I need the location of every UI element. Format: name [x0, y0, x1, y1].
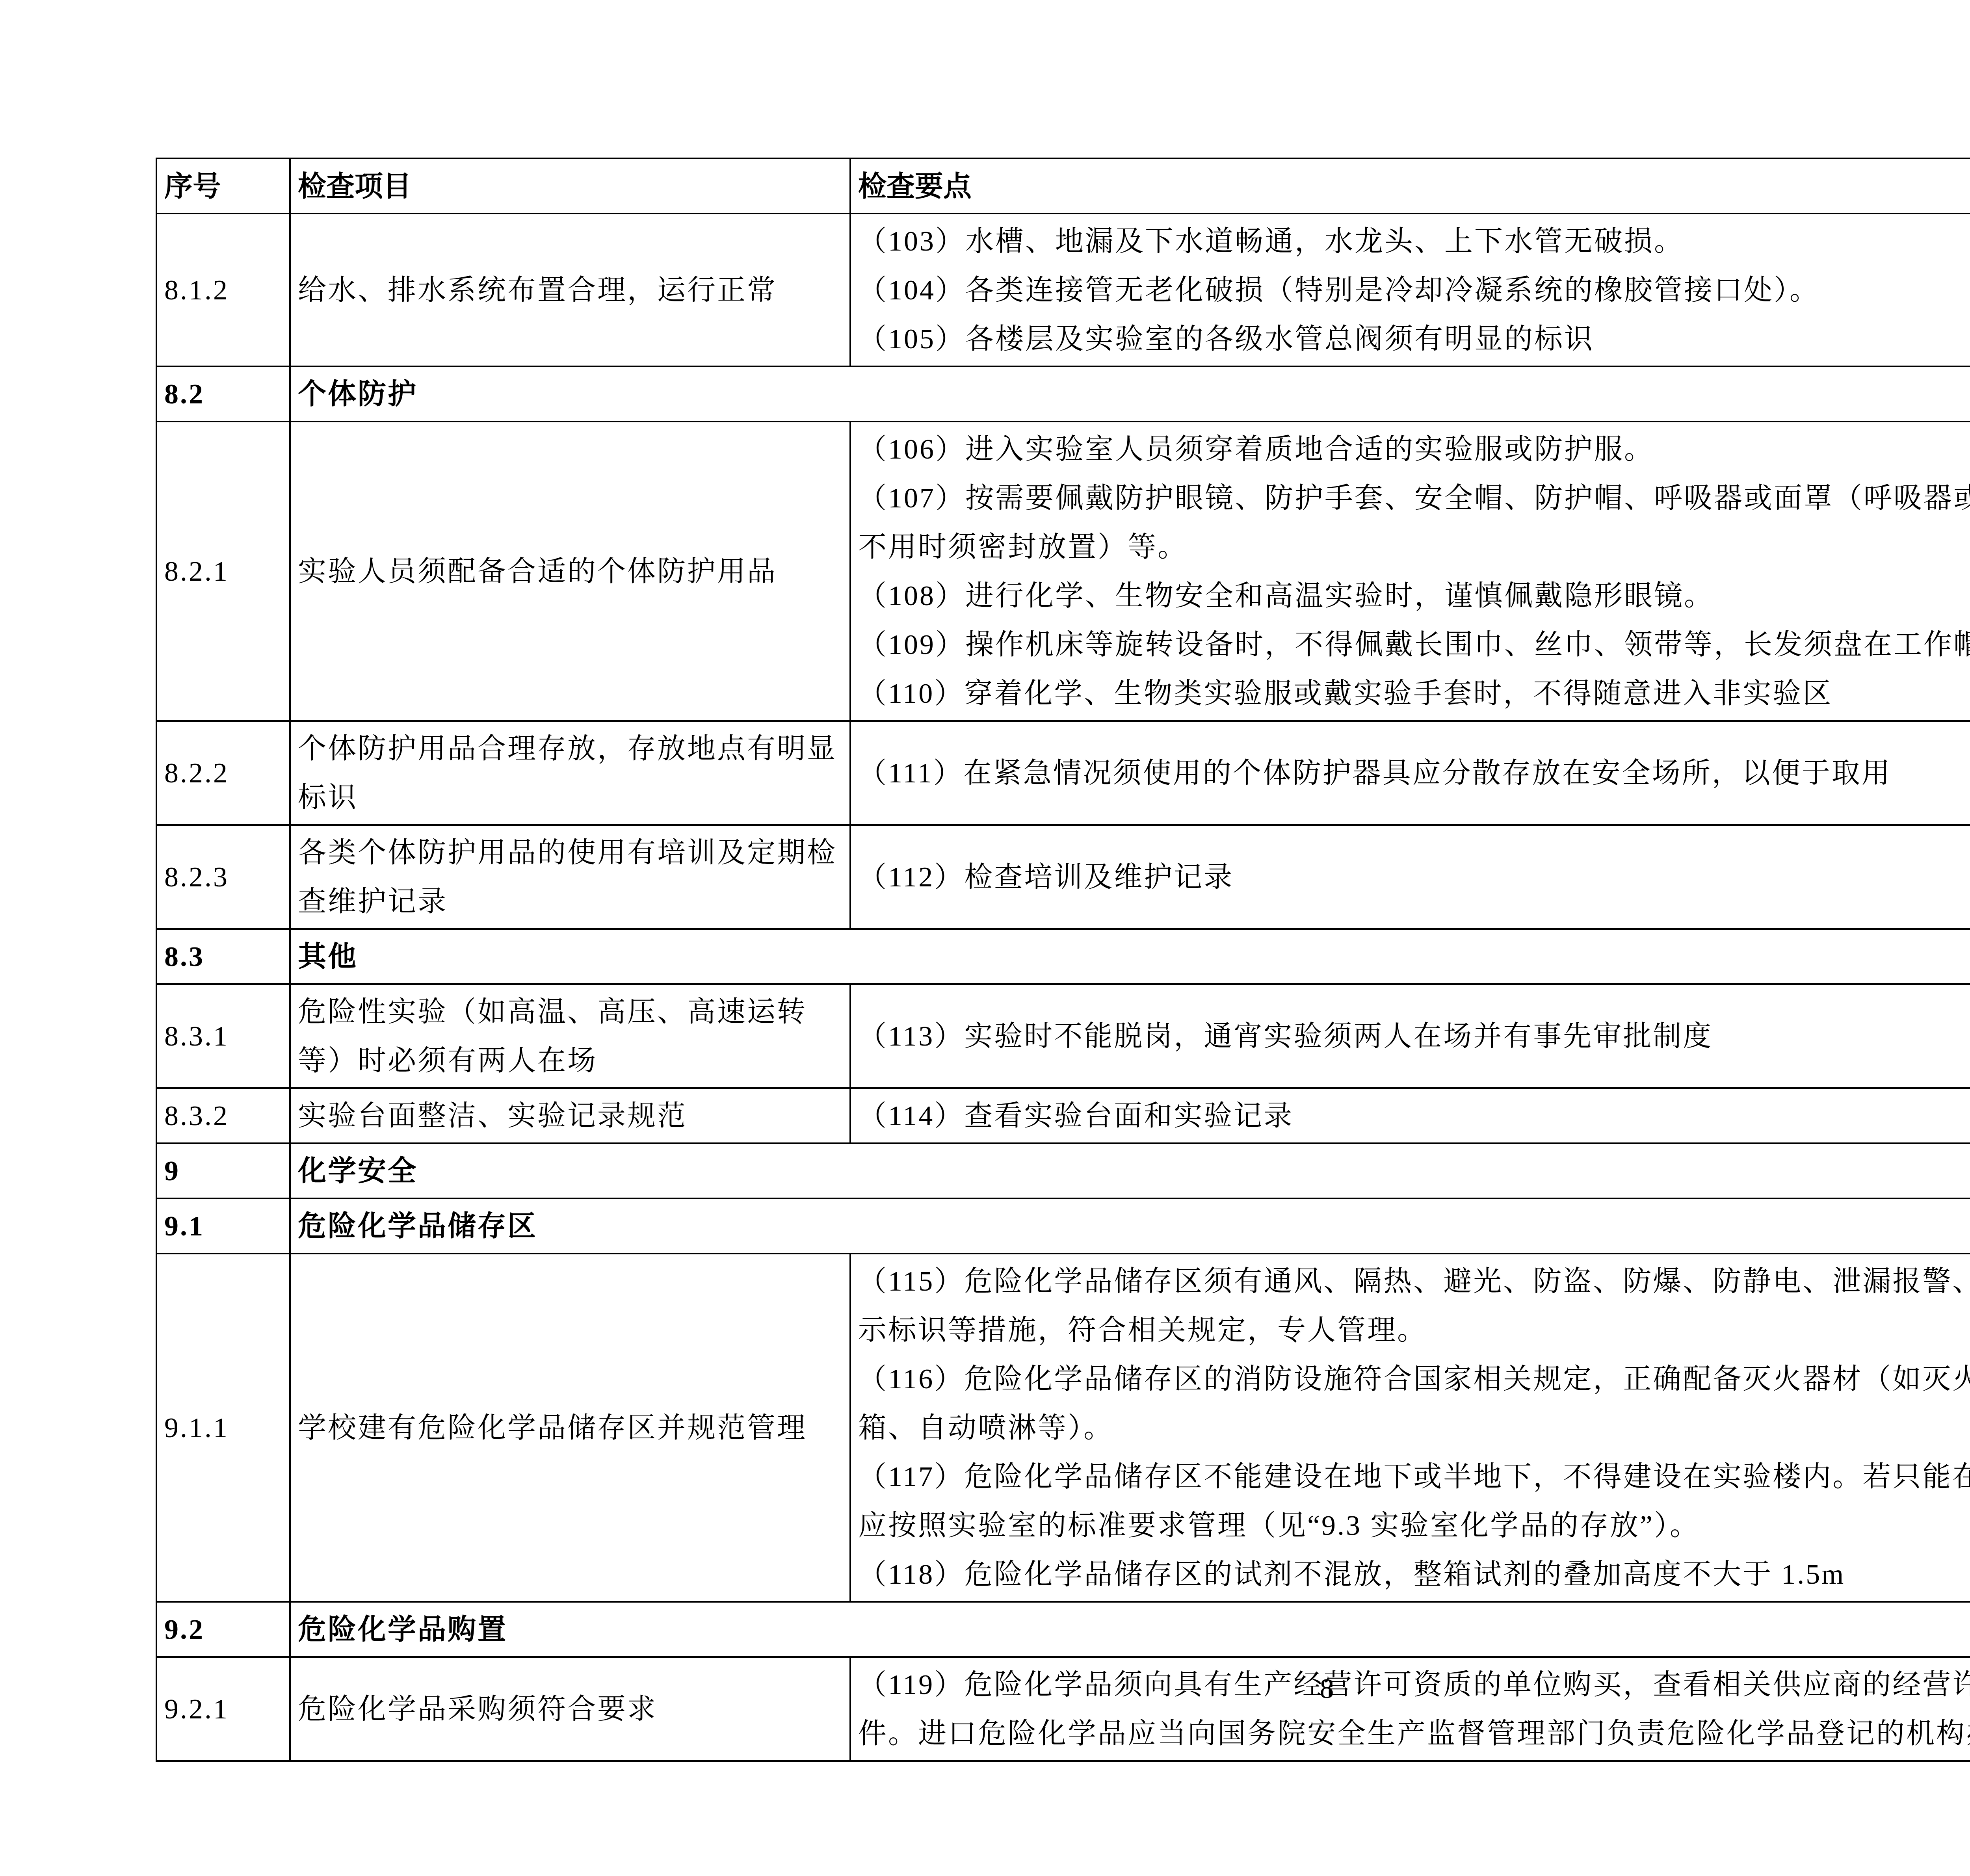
row-item: 实验台面整洁、实验记录规范 [290, 1088, 850, 1143]
row-item: 实验人员须配备合适的个体防护用品 [290, 422, 850, 721]
check-point: （104）各类连接管无老化破损（特别是冷却冷凝系统的橡胶管接口处）。 [858, 266, 1970, 314]
table-row: 8.3.1 危险性实验（如高温、高压、高速运转等）时必须有两人在场 （113）实… [156, 984, 1970, 1088]
row-item: 危险性实验（如高温、高压、高速运转等）时必须有两人在场 [290, 984, 850, 1088]
row-no: 8.3.2 [156, 1088, 290, 1143]
table-header-row: 序号 检查项目 检查要点 情况记录 [156, 158, 1970, 214]
section-row: 8.2 个体防护 [156, 366, 1970, 422]
section-title: 危险化学品购置 [290, 1602, 1970, 1657]
row-points: （111）在紧急情况须使用的个体防护器具应分散存放在安全场所，以便于取用 [850, 721, 1970, 825]
check-point: （105）各楼层及实验室的各级水管总阀须有明显的标识 [858, 314, 1970, 363]
section-no: 9.1 [156, 1198, 290, 1254]
check-point: （108）进行化学、生物安全和高温实验时，谨慎佩戴隐形眼镜。 [858, 571, 1970, 620]
table-row: 8.2.3 各类个体防护用品的使用有培训及定期检查维护记录 （112）检查培训及… [156, 825, 1970, 929]
row-points: （106）进入实验室人员须穿着质地合适的实验服或防护服。 （107）按需要佩戴防… [850, 422, 1970, 721]
row-points: （115）危险化学品储存区须有通风、隔热、避光、防盗、防爆、防静电、泄漏报警、应… [850, 1254, 1970, 1602]
check-point: （106）进入实验室人员须穿着质地合适的实验服或防护服。 [858, 425, 1970, 474]
section-row: 9 化学安全 [156, 1143, 1970, 1198]
row-item: 学校建有危险化学品储存区并规范管理 [290, 1254, 850, 1602]
inspection-checklist-table: 序号 检查项目 检查要点 情况记录 8.1.2 给水、排水系统布置合理，运行正常… [156, 158, 1970, 1762]
check-point: （107）按需要佩戴防护眼镜、防护手套、安全帽、防护帽、呼吸器或面罩（呼吸器或面… [858, 474, 1970, 571]
row-points: （103）水槽、地漏及下水道畅通，水龙头、上下水管无破损。 （104）各类连接管… [850, 214, 1970, 366]
section-title: 个体防护 [290, 366, 1970, 422]
row-no: 9.1.1 [156, 1254, 290, 1602]
section-row: 9.1 危险化学品储存区 [156, 1198, 1970, 1254]
check-point: （116）危险化学品储存区的消防设施符合国家相关规定，正确配备灭火器材（如灭火器… [858, 1354, 1970, 1452]
row-no: 8.1.2 [156, 214, 290, 366]
section-no: 9 [156, 1143, 290, 1198]
table-row: 8.2.2 个体防护用品合理存放，存放地点有明显标识 （111）在紧急情况须使用… [156, 721, 1970, 825]
row-points: （114）查看实验台面和实验记录 [850, 1088, 1970, 1143]
page-number: 8 [0, 1672, 1970, 1705]
check-point: （109）操作机床等旋转设备时，不得佩戴长围巾、丝巾、领带等，长发须盘在工作帽内… [858, 620, 1970, 669]
section-no: 8.2 [156, 366, 290, 422]
row-no: 8.3.1 [156, 984, 290, 1088]
check-point: （111）在紧急情况须使用的个体防护器具应分散存放在安全场所，以便于取用 [858, 749, 1970, 797]
row-points: （113）实验时不能脱岗，通宵实验须两人在场并有事先审批制度 [850, 984, 1970, 1088]
section-title: 其他 [290, 929, 1970, 984]
row-item: 各类个体防护用品的使用有培训及定期检查维护记录 [290, 825, 850, 929]
row-no: 8.2.3 [156, 825, 290, 929]
table-row: 8.2.1 实验人员须配备合适的个体防护用品 （106）进入实验室人员须穿着质地… [156, 422, 1970, 721]
check-point: （114）查看实验台面和实验记录 [858, 1091, 1970, 1140]
section-no: 8.3 [156, 929, 290, 984]
check-point: （117）危险化学品储存区不能建设在地下或半地下，不得建设在实验楼内。若只能在实… [858, 1452, 1970, 1550]
section-row: 8.3 其他 [156, 929, 1970, 984]
check-point: （118）危险化学品储存区的试剂不混放，整箱试剂的叠加高度不大于 1.5m [858, 1550, 1970, 1599]
check-point: （115）危险化学品储存区须有通风、隔热、避光、防盗、防爆、防静电、泄漏报警、应… [858, 1257, 1970, 1354]
row-item: 个体防护用品合理存放，存放地点有明显标识 [290, 721, 850, 825]
document-page: 序号 检查项目 检查要点 情况记录 8.1.2 给水、排水系统布置合理，运行正常… [0, 0, 1970, 1876]
section-title: 危险化学品储存区 [290, 1198, 1970, 1254]
table-row: 8.3.2 实验台面整洁、实验记录规范 （114）查看实验台面和实验记录 [156, 1088, 1970, 1143]
check-point: （110）穿着化学、生物类实验服或戴实验手套时，不得随意进入非实验区 [858, 669, 1970, 718]
section-title: 化学安全 [290, 1143, 1970, 1198]
check-point: （103）水槽、地漏及下水道畅通，水龙头、上下水管无破损。 [858, 217, 1970, 266]
row-points: （112）检查培训及维护记录 [850, 825, 1970, 929]
table-row: 8.1.2 给水、排水系统布置合理，运行正常 （103）水槽、地漏及下水道畅通，… [156, 214, 1970, 366]
row-no: 8.2.2 [156, 721, 290, 825]
table-row: 9.1.1 学校建有危险化学品储存区并规范管理 （115）危险化学品储存区须有通… [156, 1254, 1970, 1602]
section-no: 9.2 [156, 1602, 290, 1657]
header-no: 序号 [156, 158, 290, 214]
row-no: 8.2.1 [156, 422, 290, 721]
header-points: 检查要点 [850, 158, 1970, 214]
section-row: 9.2 危险化学品购置 [156, 1602, 1970, 1657]
header-item: 检查项目 [290, 158, 850, 214]
check-point: （113）实验时不能脱岗，通宵实验须两人在场并有事先审批制度 [858, 1012, 1970, 1061]
row-item: 给水、排水系统布置合理，运行正常 [290, 214, 850, 366]
check-point: （112）检查培训及维护记录 [858, 853, 1970, 901]
